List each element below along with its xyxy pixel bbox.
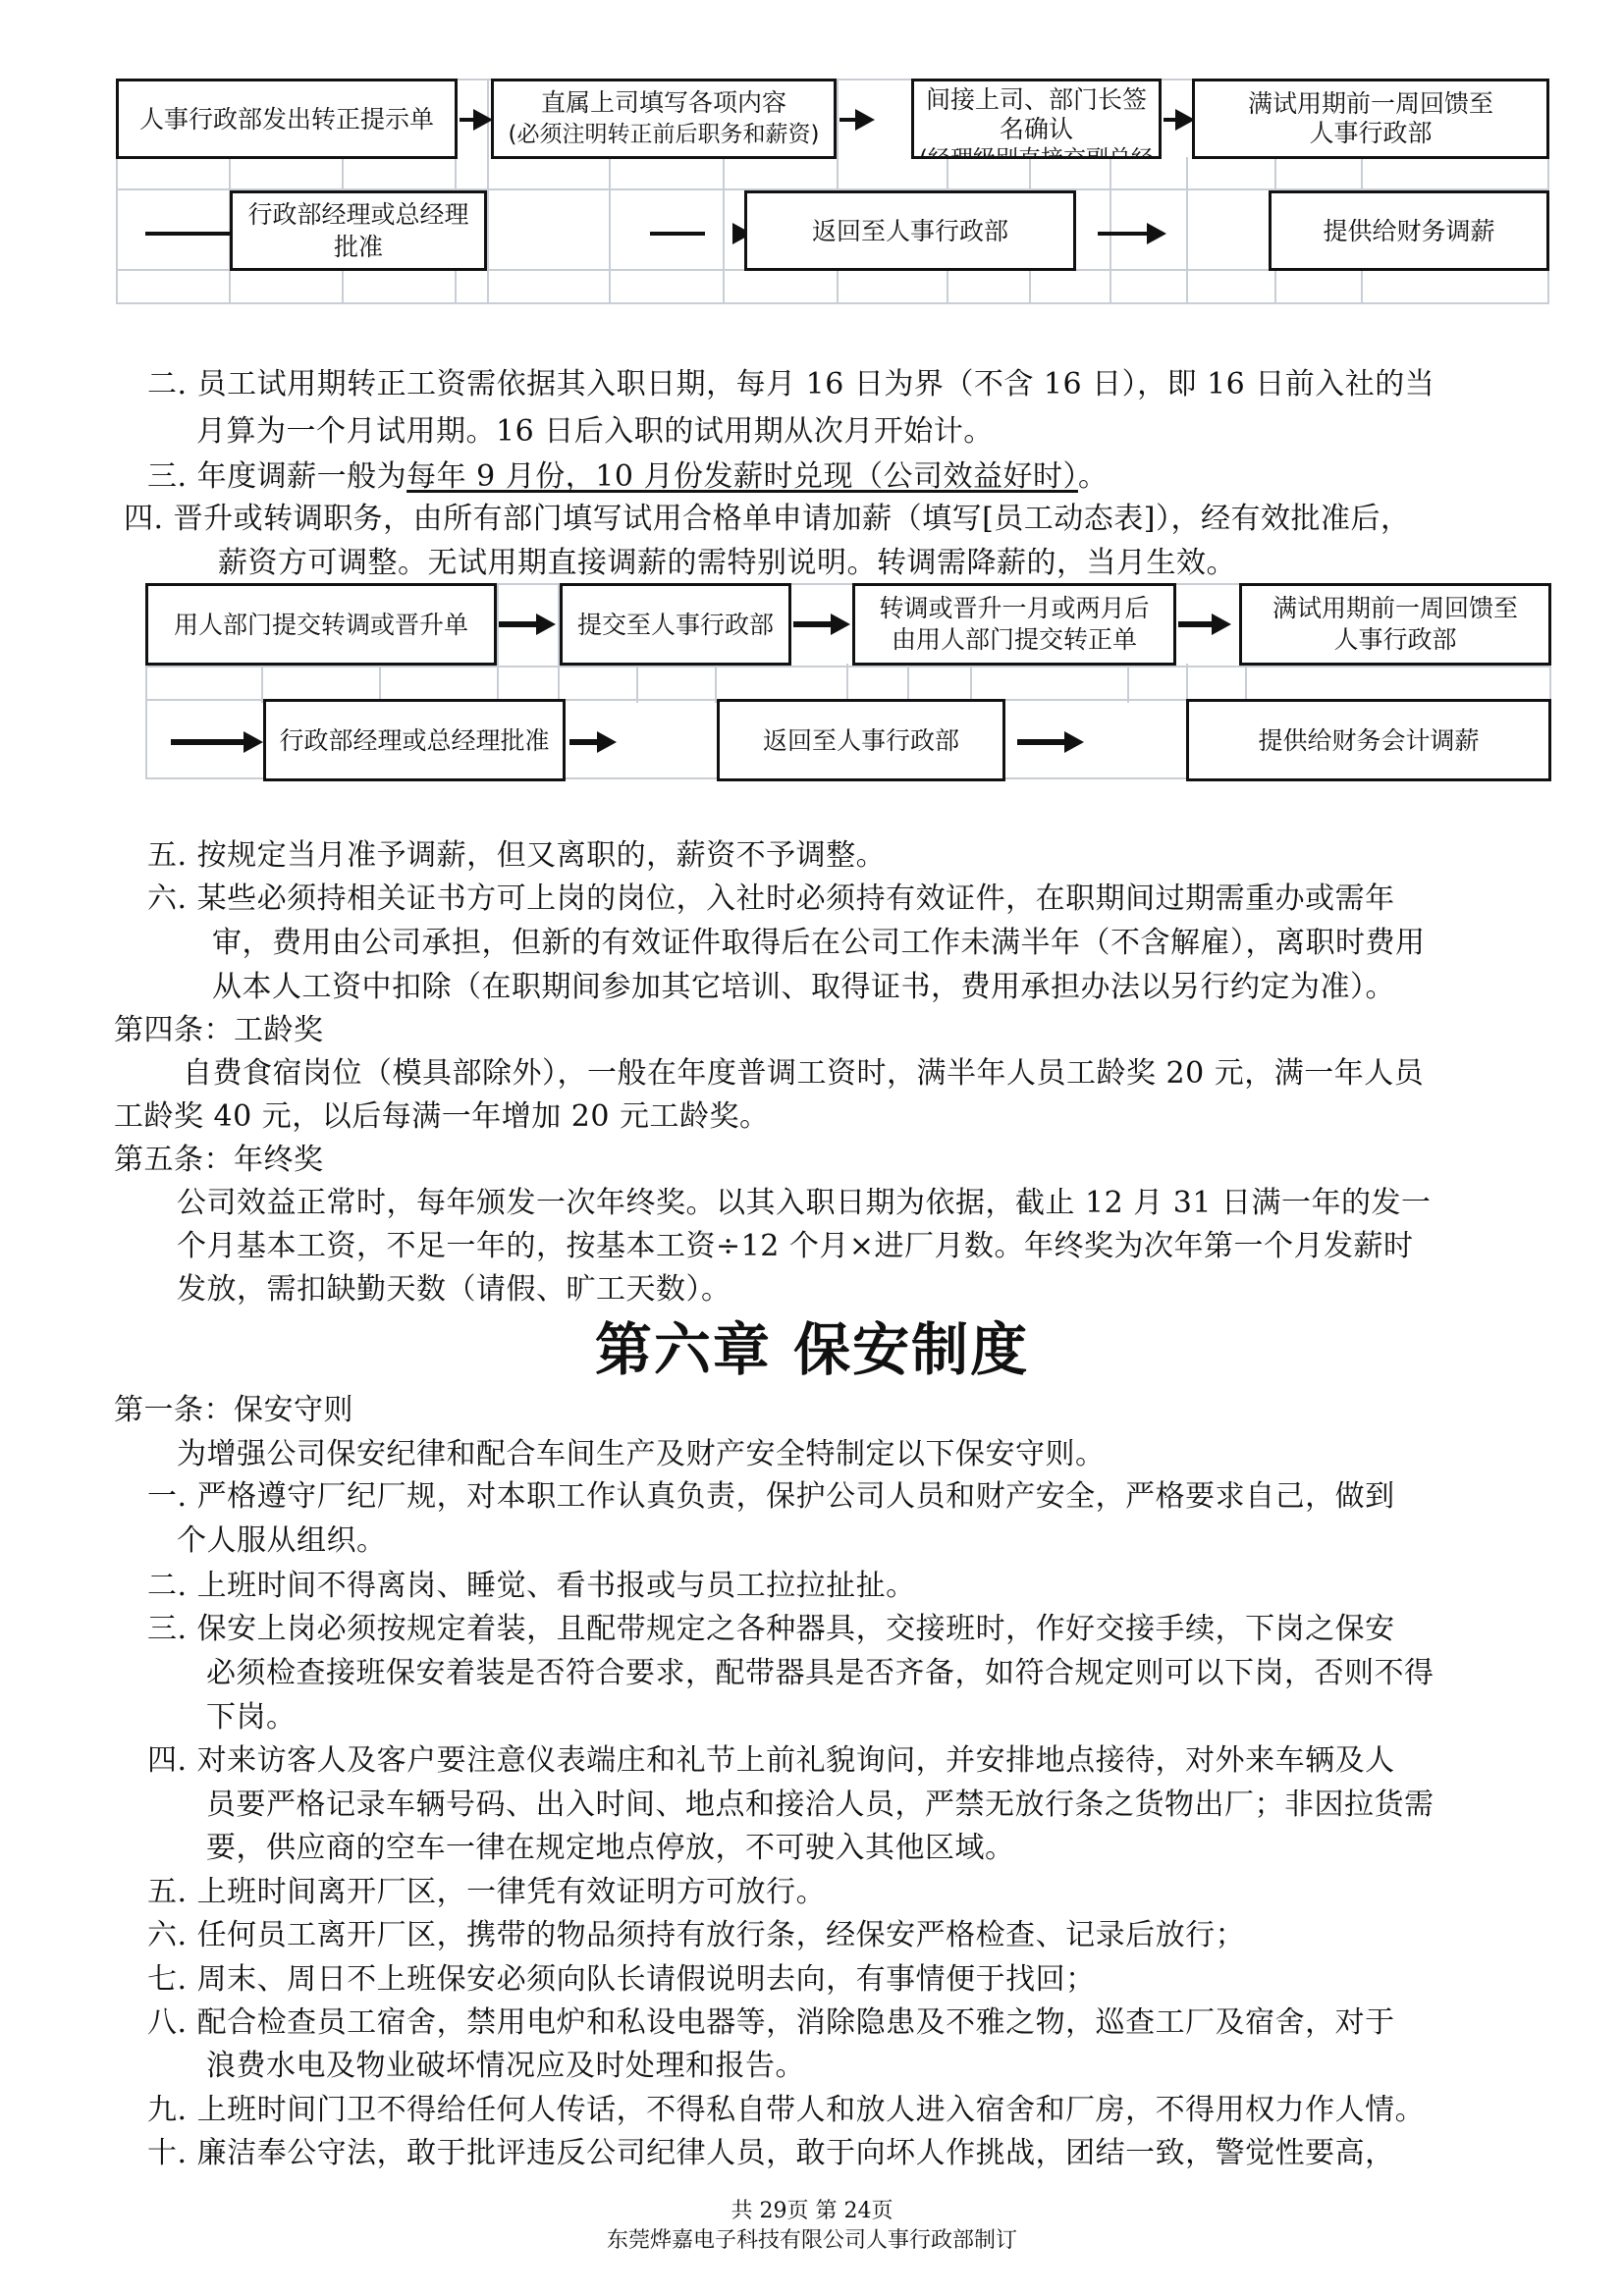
grid-line [636,664,638,703]
salary-item-3: 三. 年度调薪一般为每年 9 月份，10 月份发薪时兑现（公司效益好时）。 [147,458,1108,496]
salary-item-4-line-1: 四. 晋升或转调职务，由所有部门填写试用合格单申请加薪（填写[员工动态表]），经… [124,501,1410,538]
article-5-title: 第五条：年终奖 [114,1142,324,1179]
security-rule-4-line-3: 要，供应商的空车一律在规定地点停放，不可驶入其他区域。 [206,1830,1015,1867]
underlined-text: 每年 9 月份，10 月份发薪时兑现（公司效益好时） [406,459,1078,494]
grid-line [609,157,611,304]
grid-line [1127,664,1129,703]
security-rule-2: 二. 上班时间不得离岗、睡觉、看书报或与员工拉拉扯扯。 [147,1568,916,1605]
salary-item-4-line-2: 薪资方可调整。无试用期直接调薪的需特别说明。转调需降薪的，当月生效。 [218,545,1236,582]
grid-line [145,666,1551,667]
security-rule-8-line-1: 八. 配合检查员工宿舍，禁用电炉和私设电器等，消除隐患及不雅之物，巡查工厂及宿舍… [147,2004,1395,2042]
company-footer: 东莞烨嘉电子科技有限公司人事行政部制订 [0,2226,1624,2256]
document-page: 人事行政部发出转正提示单 直属上司填写各项内容 (必须注明转正前后职务和薪资) … [0,0,1624,2296]
article-4-title: 第四条：工龄奖 [114,1012,324,1049]
security-rule-4-line-1: 四. 对来访客人及客户要注意仪表端庄和礼节上前礼貌询问，并安排地点接待，对外来车… [147,1742,1395,1780]
grid-line [379,664,381,703]
security-rule-1-line-1: 一. 严格遵守厂纪厂规，对本职工作认真负责，保护公司人员和财产安全，严格要求自己… [147,1478,1395,1516]
flow-step-finance-adjust: 提供给财务会计调薪 [1186,699,1551,781]
flow-step-finance-adjust: 提供给财务调薪 [1269,190,1549,271]
article-1-title: 第一条：保安守则 [114,1392,353,1429]
salary-item-6-line-3: 从本人工资中扣除（在职期间参加其它培训、取得证书，费用承担办法以另行约定为准）。 [212,969,1395,1006]
salary-item-6-line-2: 审，费用由公司承担，但新的有效证件取得后在公司工作未满半年（不含解雇），离职时费… [212,925,1426,962]
flow-step-issue-notice: 人事行政部发出转正提示单 [116,79,458,159]
chapter-title: 第六章 保安制度 [0,1315,1624,1384]
probation-flowchart: 人事行政部发出转正提示单 直属上司填写各项内容 (必须注明转正前后职务和薪资) … [116,79,1549,306]
security-rule-3-line-3: 下岗。 [206,1699,297,1736]
flow-step-feedback-hr: 满试用期前一周回馈至 人事行政部 [1239,583,1551,666]
flow-step-submit-hr: 提交至人事行政部 [560,583,791,666]
article-5-body-line-3: 发放，需扣缺勤天数（请假、旷工天数）。 [177,1271,731,1308]
security-rule-10: 十. 廉洁奉公守法，敢于批评违反公司纪律人员，敢于向坏人作挑战，团结一致，警觉性… [147,2135,1395,2172]
grid-line [497,583,499,703]
grid-line [907,664,909,703]
grid-line [846,664,848,703]
grid-line [970,664,972,703]
salary-item-6-line-1: 六. 某些必须持相关证书方可上岗的岗位，入社时必须持有效证件，在职期间过期需重办… [147,881,1395,918]
flow-step-feedback-hr: 满试用期前一周回馈至 人事行政部 [1192,79,1549,159]
salary-item-2-line-1: 二. 员工试用期转正工资需依据其入职日期，每月 16 日为界（不含 16 日），… [147,366,1435,403]
security-rule-3-line-2: 必须检查接班保安着装是否符合要求，配带器具是否齐备，如符合规定则可以下岗，否则不… [206,1655,1435,1692]
security-rule-4-line-2: 员要严格记录车辆号码、出入时间、地点和接洽人员，严禁无放行条之货物出厂；非因拉货… [206,1787,1435,1824]
security-rule-6: 六. 任何员工离开厂区，携带的物品须持有放行条，经保安严格检查、记录后放行； [147,1917,1245,1954]
grid-line [1186,664,1188,703]
flow-step-return-hr: 返回至人事行政部 [717,699,1005,781]
flow-step-submit-transfer: 用人部门提交转调或晋升单 [145,583,497,666]
flow-step-approval: 行政部经理或总经理批准 [263,699,566,781]
salary-item-5: 五. 按规定当月准予调薪，但又离职的，薪资不予调整。 [147,837,886,875]
article-4-body-line-2: 工龄奖 40 元，以后每满一年增加 20 元工龄奖。 [114,1098,770,1136]
security-rule-1-line-2: 个人服从组织。 [177,1522,387,1560]
grid-line [116,302,1549,304]
article-4-body-line-1: 自费食宿岗位（模具部除外），一般在年度普调工资时，满半年人员工龄奖 20 元，满… [183,1055,1424,1093]
flow-step-approval: 行政部经理或总经理批准 [230,190,487,271]
security-rule-3-line-1: 三. 保安上岗必须按规定着装，且配带规定之各种器具，交接班时，作好交接手续，下岗… [147,1611,1395,1648]
security-rule-5: 五. 上班时间离开厂区，一律凭有效证明方可放行。 [147,1874,826,1911]
security-rule-9: 九. 上班时间门卫不得给任何人传话，不得私自带人和放人进入宿舍和厂房，不得用权力… [147,2092,1425,2129]
page-number: 共 29页 第 24页 [0,2197,1624,2226]
grid-line [1245,664,1247,703]
salary-item-2-line-2: 月算为一个月试用期。16 日后入职的试用期从次月开始计。 [196,413,994,451]
flow-step-confirm-after-months: 转调或晋升一月或两月后 由用人部门提交转正单 [852,583,1176,666]
grid-line [261,664,263,703]
article-5-body-line-1: 公司效益正常时，每年颁发一次年终奖。以其入职日期为依据，截止 12 月 31 日… [177,1185,1432,1222]
article-5-body-line-2: 个月基本工资，不足一年的，按基本工资÷12 个月×进厂月数。年终奖为次年第一个月… [177,1228,1413,1265]
transfer-flowchart: 用人部门提交转调或晋升单 提交至人事行政部 转调或晋升一月或两月后 由用人部门提… [145,583,1553,781]
flow-step-manager-sign: 间接上司、部门长签名确认 (经理级别直接交副总经理 签 字) [911,79,1162,159]
grid-line [715,664,717,703]
grid-line [1186,157,1188,304]
security-rule-8-line-2: 浪费水电及物业破坏情况应及时处理和报告。 [206,2048,805,2085]
flow-step-return-hr: 返回至人事行政部 [744,190,1076,271]
security-rule-7: 七. 周末、周日不上班保安必须向队长请假说明去向，有事情便于找回； [147,1961,1096,1999]
grid-line [723,157,725,304]
security-intro: 为增强公司保安纪律和配合车间生产及财产安全特制定以下保安守则。 [177,1436,1106,1473]
flow-step-supervisor-fill: 直属上司填写各项内容 (必须注明转正前后职务和薪资) [491,79,837,159]
